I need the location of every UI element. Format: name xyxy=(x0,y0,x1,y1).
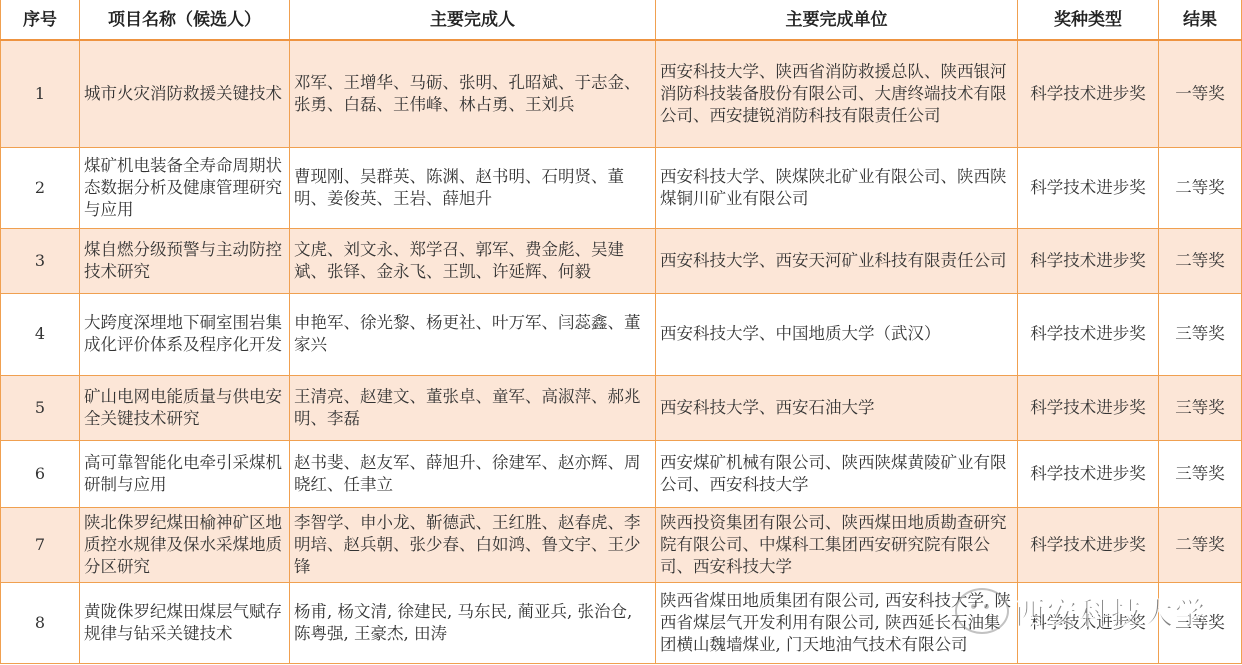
header-award-type: 奖种类型 xyxy=(1018,0,1159,40)
cell-award-type: 科学技术进步奖 xyxy=(1018,440,1159,507)
header-units: 主要完成单位 xyxy=(656,0,1018,40)
table-row: 7 陕北侏罗纪煤田榆神矿区地质控水规律及保水采煤地质分区研究 李智学、申小龙、靳… xyxy=(1,507,1242,582)
cell-people: 李智学、申小龙、靳德武、王红胜、赵春虎、李明培、赵兵朝、张少春、白如鸿、鲁文宇、… xyxy=(290,507,656,582)
table-row: 5 矿山电网电能质量与供电安全关键技术研究 王清亮、赵建文、董张卓、童军、高淑萍… xyxy=(1,375,1242,440)
cell-units: 西安科技大学、西安石油大学 xyxy=(656,375,1018,440)
cell-units: 陕西省煤田地质集团有限公司, 西安科技大学, 陕西省煤层气开发利用有限公司, 陕… xyxy=(656,582,1018,663)
cell-people: 申艳军、徐光黎、杨更社、叶万军、闫蕊鑫、董家兴 xyxy=(290,293,656,375)
cell-people: 邓军、王增华、马砺、张明、孔昭斌、于志金、张勇、白磊、王伟峰、林占勇、王刘兵 xyxy=(290,40,656,147)
table-row: 8 黄陇侏罗纪煤田煤层气赋存规律与钻采关键技术 杨甫, 杨文清, 徐建民, 马东… xyxy=(1,582,1242,663)
cell-award-type: 科学技术进步奖 xyxy=(1018,40,1159,147)
cell-result: 一等奖 xyxy=(1159,40,1242,147)
cell-project: 陕北侏罗纪煤田榆神矿区地质控水规律及保水采煤地质分区研究 xyxy=(80,507,290,582)
header-people: 主要完成人 xyxy=(290,0,656,40)
cell-result: 三等奖 xyxy=(1159,293,1242,375)
cell-units: 西安科技大学、陕煤陕北矿业有限公司、陕西陕煤铜川矿业有限公司 xyxy=(656,147,1018,228)
cell-people: 曹现刚、吴群英、陈渊、赵书明、石明贤、董明、姜俊英、王岩、薛旭升 xyxy=(290,147,656,228)
cell-project: 城市火灾消防救援关键技术 xyxy=(80,40,290,147)
cell-units: 西安煤矿机械有限公司、陕西陕煤黄陵矿业有限公司、西安科技大学 xyxy=(656,440,1018,507)
cell-project: 煤矿机电装备全寿命周期状态数据分析及健康管理研究与应用 xyxy=(80,147,290,228)
cell-award-type: 科学技术进步奖 xyxy=(1018,147,1159,228)
cell-result: 三等奖 xyxy=(1159,375,1242,440)
header-no: 序号 xyxy=(1,0,80,40)
awards-table: 序号 项目名称（候选人） 主要完成人 主要完成单位 奖种类型 结果 1 城市火灾… xyxy=(0,0,1242,664)
cell-award-type: 科学技术进步奖 xyxy=(1018,375,1159,440)
cell-award-type: 科学技术进步奖 xyxy=(1018,582,1159,663)
cell-no: 6 xyxy=(1,440,80,507)
cell-project: 矿山电网电能质量与供电安全关键技术研究 xyxy=(80,375,290,440)
cell-people: 杨甫, 杨文清, 徐建民, 马东民, 蔺亚兵, 张治仓, 陈粤强, 王豪杰, 田… xyxy=(290,582,656,663)
table-row: 2 煤矿机电装备全寿命周期状态数据分析及健康管理研究与应用 曹现刚、吴群英、陈渊… xyxy=(1,147,1242,228)
cell-units: 陕西投资集团有限公司、陕西煤田地质勘查研究院有限公司、中煤科工集团西安研究院有限… xyxy=(656,507,1018,582)
cell-result: 三等奖 xyxy=(1159,440,1242,507)
cell-no: 4 xyxy=(1,293,80,375)
header-result: 结果 xyxy=(1159,0,1242,40)
table-row: 4 大跨度深埋地下硐室围岩集成化评价体系及程序化开发 申艳军、徐光黎、杨更社、叶… xyxy=(1,293,1242,375)
cell-no: 8 xyxy=(1,582,80,663)
cell-no: 5 xyxy=(1,375,80,440)
cell-project: 高可靠智能化电牵引采煤机研制与应用 xyxy=(80,440,290,507)
table-row: 3 煤自燃分级预警与主动防控技术研究 文虎、刘文永、郑学召、郭军、费金彪、吴建斌… xyxy=(1,228,1242,293)
cell-no: 7 xyxy=(1,507,80,582)
cell-no: 1 xyxy=(1,40,80,147)
cell-award-type: 科学技术进步奖 xyxy=(1018,293,1159,375)
header-project: 项目名称（候选人） xyxy=(80,0,290,40)
cell-project: 煤自燃分级预警与主动防控技术研究 xyxy=(80,228,290,293)
cell-no: 2 xyxy=(1,147,80,228)
header-row: 序号 项目名称（候选人） 主要完成人 主要完成单位 奖种类型 结果 xyxy=(1,0,1242,40)
cell-result: 二等奖 xyxy=(1159,507,1242,582)
cell-result: 二等奖 xyxy=(1159,228,1242,293)
table-row: 6 高可靠智能化电牵引采煤机研制与应用 赵书斐、赵友军、薛旭升、徐建军、赵亦辉、… xyxy=(1,440,1242,507)
cell-people: 赵书斐、赵友军、薛旭升、徐建军、赵亦辉、周晓红、任聿立 xyxy=(290,440,656,507)
cell-units: 西安科技大学、陕西省消防救援总队、陕西银河消防科技装备股份有限公司、大唐终端技术… xyxy=(656,40,1018,147)
cell-result: 二等奖 xyxy=(1159,147,1242,228)
cell-units: 西安科技大学、中国地质大学（武汉） xyxy=(656,293,1018,375)
cell-project: 黄陇侏罗纪煤田煤层气赋存规律与钻采关键技术 xyxy=(80,582,290,663)
cell-project: 大跨度深埋地下硐室围岩集成化评价体系及程序化开发 xyxy=(80,293,290,375)
cell-units: 西安科技大学、西安天河矿业科技有限责任公司 xyxy=(656,228,1018,293)
cell-people: 王清亮、赵建文、董张卓、童军、高淑萍、郝兆明、李磊 xyxy=(290,375,656,440)
cell-no: 3 xyxy=(1,228,80,293)
cell-result: 三等奖 xyxy=(1159,582,1242,663)
cell-award-type: 科学技术进步奖 xyxy=(1018,228,1159,293)
cell-people: 文虎、刘文永、郑学召、郭军、费金彪、吴建斌、张铎、金永飞、王凯、许延辉、何毅 xyxy=(290,228,656,293)
cell-award-type: 科学技术进步奖 xyxy=(1018,507,1159,582)
table-row: 1 城市火灾消防救援关键技术 邓军、王增华、马砺、张明、孔昭斌、于志金、张勇、白… xyxy=(1,40,1242,147)
